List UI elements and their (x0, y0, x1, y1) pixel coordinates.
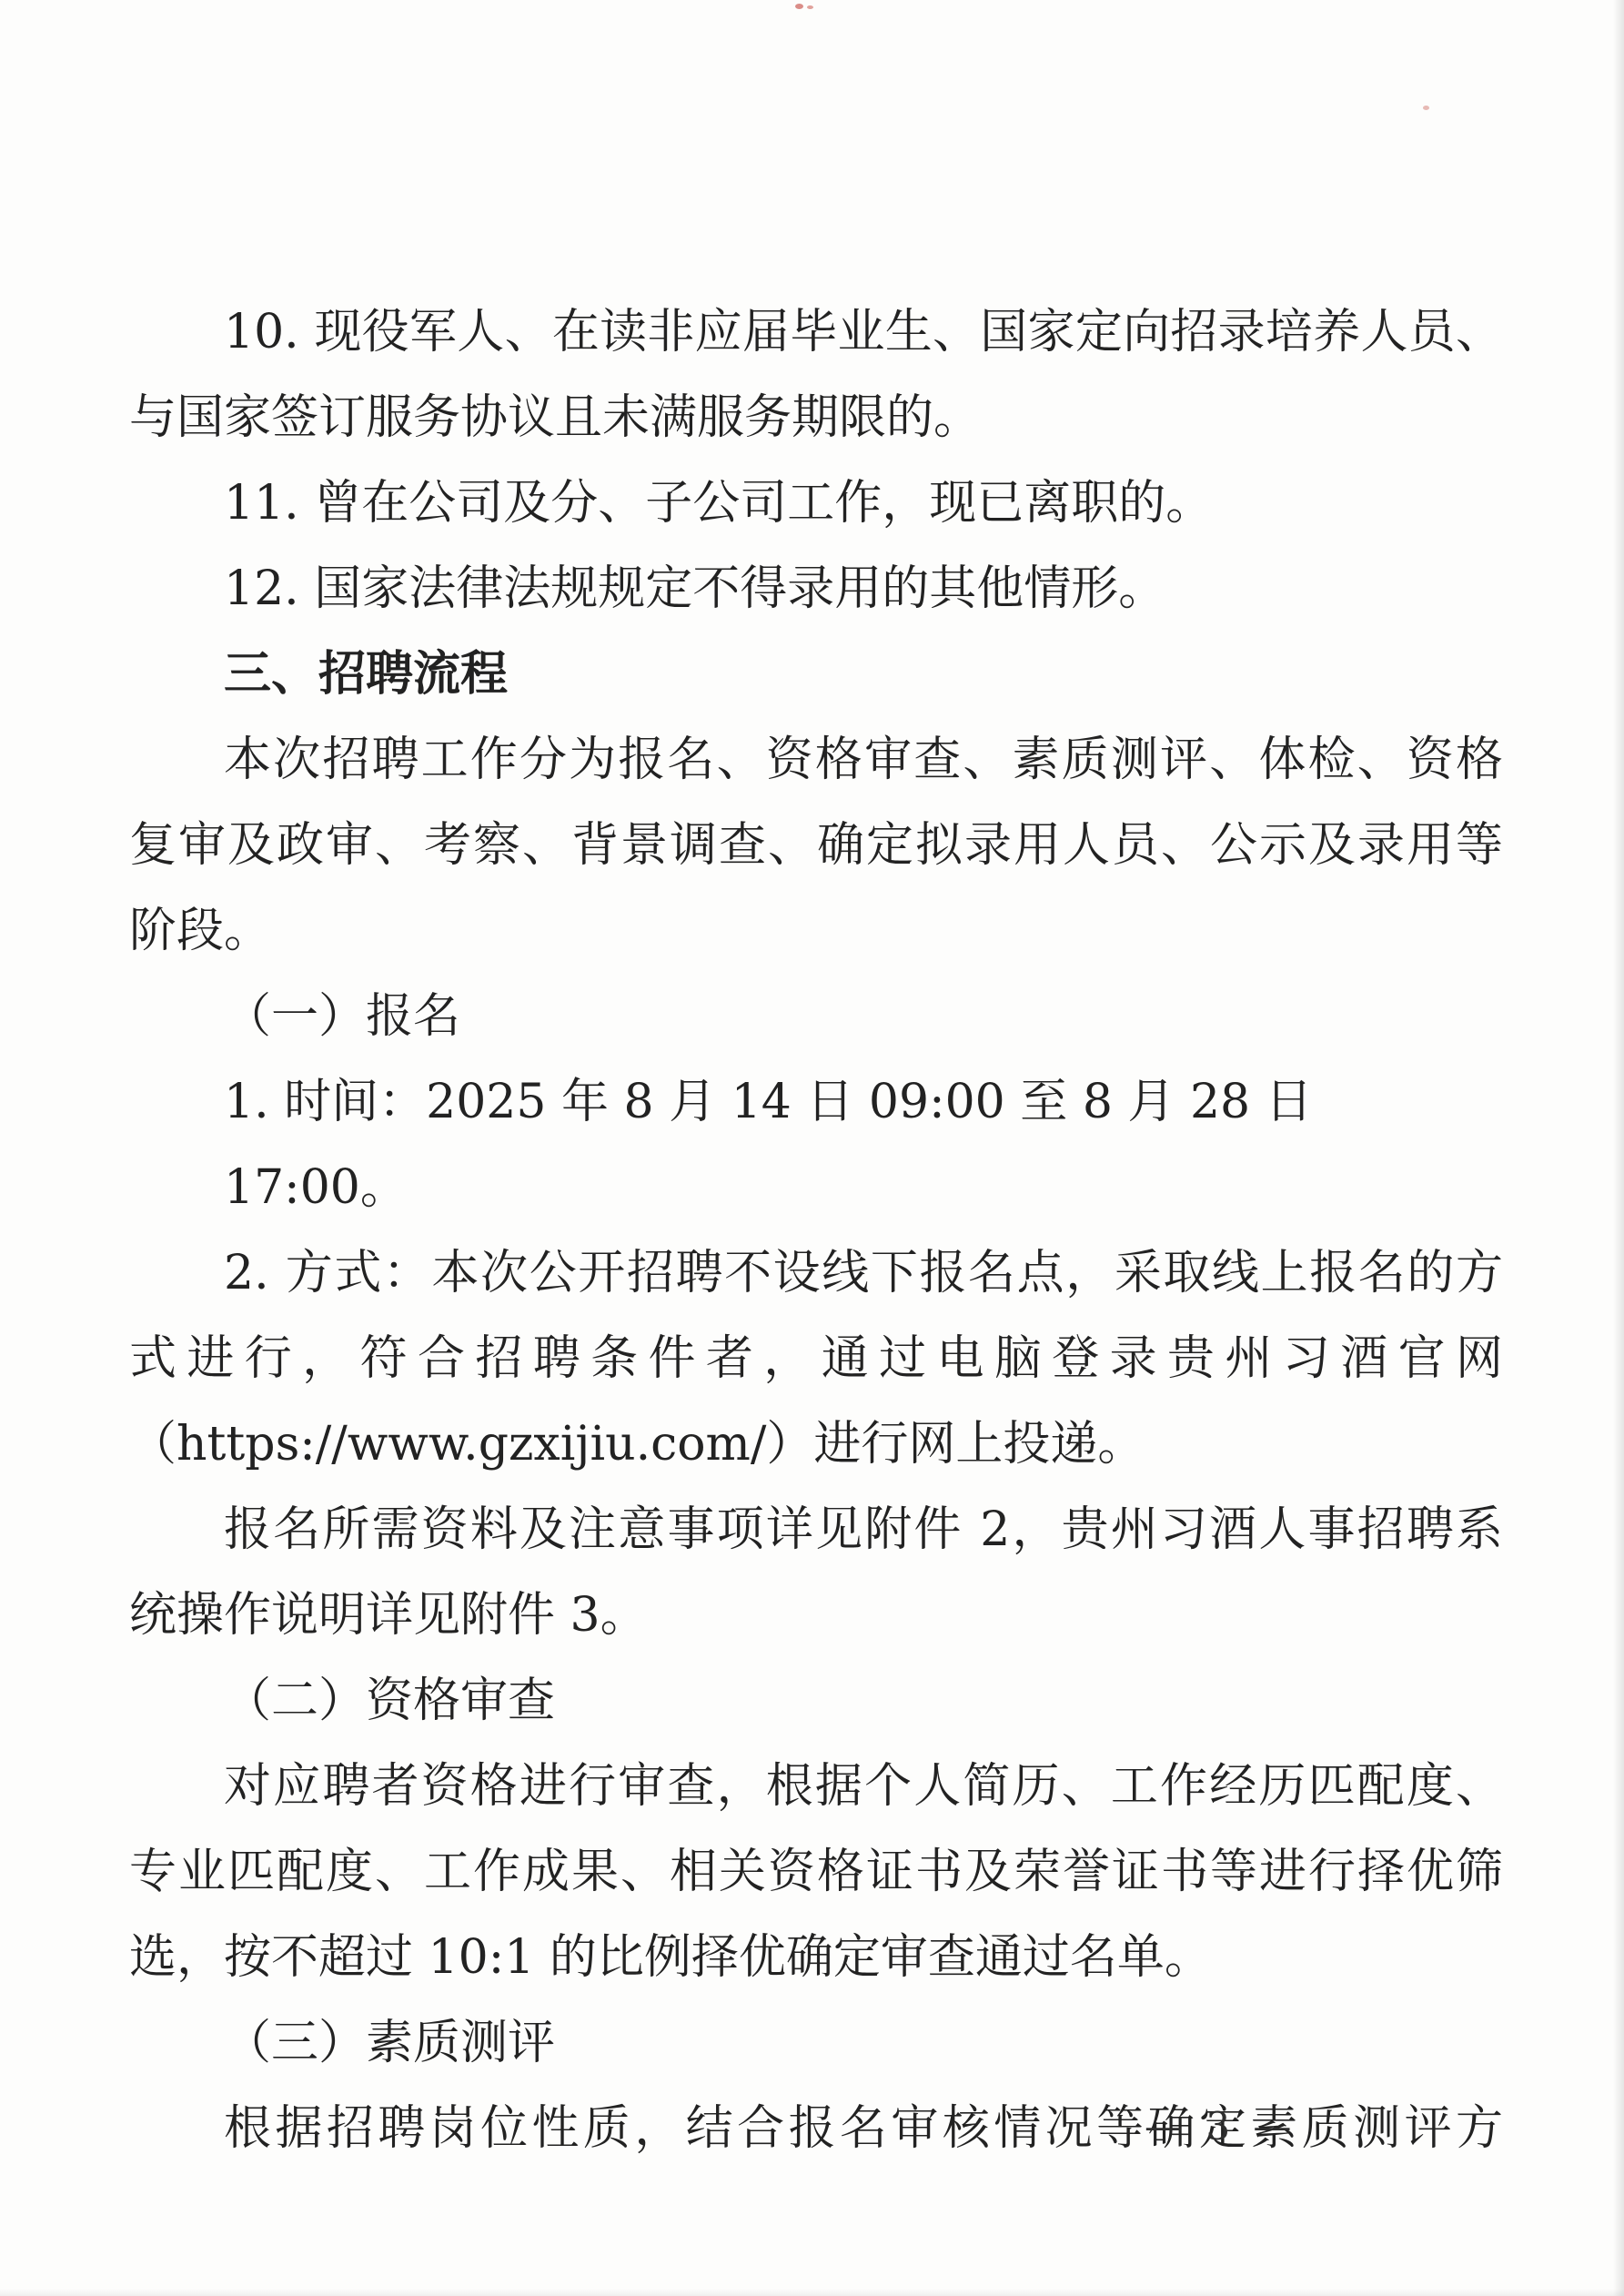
page-number: — 3 — (1145, 2104, 1296, 2149)
document-line: 本次招聘工作分为报名、资格审查、素质测评、体检、资格 (129, 717, 1503, 803)
scan-edge-shadow (0, 2289, 1624, 2296)
document-line: 报名所需资料及注意事项详见附件 2，贵州习酒人事招聘系 (129, 1487, 1503, 1573)
document-line: 11. 曾在公司及分、子公司工作，现已离职的。 (129, 460, 1503, 546)
scan-edge-shadow (1613, 0, 1624, 2296)
document-line: （三）素质测评 (129, 2000, 1503, 2086)
document-line: 1. 时间：2025 年 8 月 14 日 09:00 至 8 月 28 日 1… (129, 1059, 1503, 1230)
scan-artifact-red-speck (1423, 106, 1429, 110)
document-line: 阶段。 (129, 888, 1503, 974)
document-page: 10. 现役军人、在读非应届毕业生、国家定向招录培养人员、与国家签订服务协议且未… (0, 0, 1624, 2296)
document-line: 选，按不超过 10:1 的比例择优确定审查通过名单。 (129, 1915, 1503, 2000)
section-heading: 三、招聘流程 (129, 632, 1503, 717)
document-line: 2. 方式：本次公开招聘不设线下报名点，采取线上报名的方 (129, 1230, 1503, 1316)
scan-artifact-red-speck (795, 4, 803, 9)
document-line: 复审及政审、考察、背景调查、确定拟录用人员、公示及录用等 (129, 803, 1503, 888)
document-line: 12. 国家法律法规规定不得录用的其他情形。 (129, 546, 1503, 632)
document-line: 统操作说明详见附件 3。 (129, 1573, 1503, 1658)
document-line: 专业匹配度、工作成果、相关资格证书及荣誉证书等进行择优筛 (129, 1829, 1503, 1915)
document-line: （一）报名 (129, 974, 1503, 1059)
document-line: 根据招聘岗位性质，结合报名审核情况等确定素质测评方 (129, 2086, 1503, 2171)
document-line: 式进行，符合招聘条件者，通过电脑登录贵州习酒官网 (129, 1316, 1503, 1401)
document-line: （二）资格审查 (129, 1658, 1503, 1744)
document-line: 与国家签订服务协议且未满服务期限的。 (129, 375, 1503, 460)
document-line: 对应聘者资格进行审查，根据个人简历、工作经历匹配度、 (129, 1744, 1503, 1829)
document-line: 10. 现役军人、在读非应届毕业生、国家定向招录培养人员、 (129, 289, 1503, 375)
document-body: 10. 现役军人、在读非应届毕业生、国家定向招录培养人员、与国家签订服务协议且未… (129, 289, 1503, 2171)
document-line: （https://www.gzxijiu.com/）进行网上投递。 (129, 1401, 1503, 1487)
